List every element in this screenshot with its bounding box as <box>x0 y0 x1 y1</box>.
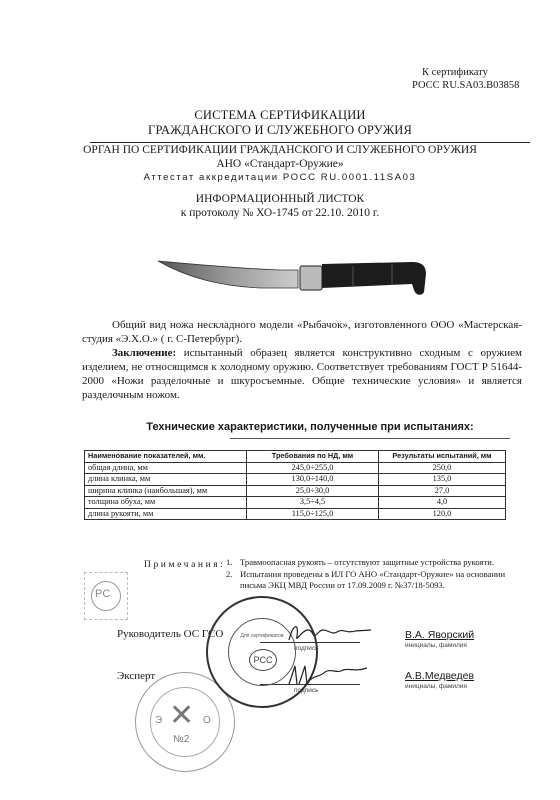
expert-label: Эксперт <box>117 670 155 682</box>
cell-parameter: длина клинка, мм <box>85 474 247 486</box>
stamp-number: №2 <box>173 734 189 745</box>
certificate-reference: К сертификату РОСС RU.SA03.B03858 <box>412 66 519 92</box>
head-signature <box>285 618 375 648</box>
system-title: СИСТЕМА СЕРТИФИКАЦИИ ГРАЖДАНСКОГО И СЛУЖ… <box>0 108 560 138</box>
note-item: 1. Травмоопасная рукоять – отсутствуют з… <box>226 557 526 569</box>
table-row: длина клинка, мм 130,0÷140,0 135,0 <box>85 474 506 486</box>
cell-requirement: 115,0÷125,0 <box>247 508 379 520</box>
head-name-caption: инициалы, фамилия <box>405 642 467 649</box>
pcc-mark-box: PC <box>84 572 128 620</box>
expert-name-caption: инициалы, фамилия <box>405 683 467 690</box>
pcc-logo-icon: PC <box>91 581 121 611</box>
system-title-line1: СИСТЕМА СЕРТИФИКАЦИИ <box>0 108 560 123</box>
cell-requirement: 130,0÷140,0 <box>247 474 379 486</box>
table-row: толщина обуха, мм 3,5÷4,5 4,0 <box>85 497 506 509</box>
cell-parameter: толщина обуха, мм <box>85 497 247 509</box>
conclusion-paragraph: Заключение: испытанный образец является … <box>82 346 522 402</box>
specs-title: Технические характеристики, полученные п… <box>0 421 560 433</box>
protocol-reference: к протоколу № ХО-1745 от 22.10. 2010 г. <box>0 206 560 220</box>
cell-result: 135,0 <box>379 474 506 486</box>
col-parameter: Наименование показателей, мм. <box>85 451 247 463</box>
col-result: Результаты испытаний, мм <box>379 451 506 463</box>
organ-title: ОРГАН ПО СЕРТИФИКАЦИИ ГРАЖДАНСКОГО И СЛУ… <box>0 144 560 171</box>
document-page: К сертификату РОСС RU.SA03.B03858 СИСТЕМ… <box>0 0 560 800</box>
cell-parameter: общая длина, мм <box>85 462 247 474</box>
system-title-line2: ГРАЖДАНСКОГО И СЛУЖЕБНОГО ОРУЖИЯ <box>0 123 560 138</box>
note-item: 2. Испытания проведены в ИЛ ГО АНО «Стан… <box>226 569 526 592</box>
notes-label: Примечания: <box>144 560 225 570</box>
knife-photo <box>150 244 450 304</box>
cert-ref-number: РОСС RU.SA03.B03858 <box>412 79 519 92</box>
conclusion-label: Заключение: <box>112 347 176 359</box>
cell-result: 4,0 <box>379 497 506 509</box>
specs-header-row: Наименование показателей, мм. Требования… <box>85 451 506 463</box>
cell-requirement: 245,0÷255,0 <box>247 462 379 474</box>
table-row: общая длина, мм 245,0÷255,0 250,0 <box>85 462 506 474</box>
info-sheet-heading: ИНФОРМАЦИОННЫЙ ЛИСТОК <box>0 192 560 206</box>
cert-ref-label: К сертификату <box>412 66 519 79</box>
expert-signature <box>285 660 375 690</box>
col-requirement: Требования по НД, мм <box>247 451 379 463</box>
head-name: В.А. Яворский <box>405 629 474 641</box>
cell-parameter: ширина клинка (наибольшая), мм <box>85 485 247 497</box>
cell-result: 250,0 <box>379 462 506 474</box>
cell-result: 120,0 <box>379 508 506 520</box>
stamp-letter-e: Э <box>155 715 162 726</box>
organization-stamp: Для сертификатов PCC <box>206 596 318 708</box>
note-text: Испытания проведены в ИЛ ГО АНО «Стандар… <box>240 569 526 592</box>
pcc-stamp-logo-icon: PCC <box>249 649 277 671</box>
notes-list: 1. Травмоопасная рукоять – отсутствуют з… <box>226 557 526 592</box>
specs-table: Наименование показателей, мм. Требования… <box>84 450 506 520</box>
accreditation-text: Аттестат аккредитации РОСС RU.0001.11SA0… <box>0 172 560 183</box>
note-number: 1. <box>226 557 240 569</box>
crossed-swords-icon: ✕ <box>169 698 194 733</box>
cell-result: 27,0 <box>379 485 506 497</box>
cell-requirement: 25,0÷30,0 <box>247 485 379 497</box>
table-row: ширина клинка (наибольшая), мм 25,0÷30,0… <box>85 485 506 497</box>
specs-title-underline <box>230 438 510 439</box>
stamp-letter-o: О <box>203 715 211 726</box>
expert-stamp-inner-ring: ✕ Э О №2 <box>150 687 220 757</box>
note-text: Травмоопасная рукоять – отсутствуют защи… <box>240 557 494 569</box>
organ-name: АНО «Стандарт-Оружие» <box>0 158 560 172</box>
table-row: длина рукояти, мм 115,0÷125,0 120,0 <box>85 508 506 520</box>
note-number: 2. <box>226 569 240 592</box>
header-divider <box>90 142 530 143</box>
cell-parameter: длина рукояти, мм <box>85 508 247 520</box>
cell-requirement: 3,5÷4,5 <box>247 497 379 509</box>
expert-name: А.В.Медведев <box>405 670 474 682</box>
info-sheet-title: ИНФОРМАЦИОННЫЙ ЛИСТОК к протоколу № ХО-1… <box>0 192 560 220</box>
organ-title-line1: ОРГАН ПО СЕРТИФИКАЦИИ ГРАЖДАНСКОГО И СЛУ… <box>0 144 560 158</box>
knife-description: Общий вид ножа нескладного модели «Рыбач… <box>82 318 522 346</box>
pcc-logo-text: PC <box>95 588 110 600</box>
description-text: Общий вид ножа нескладного модели «Рыбач… <box>82 318 522 402</box>
